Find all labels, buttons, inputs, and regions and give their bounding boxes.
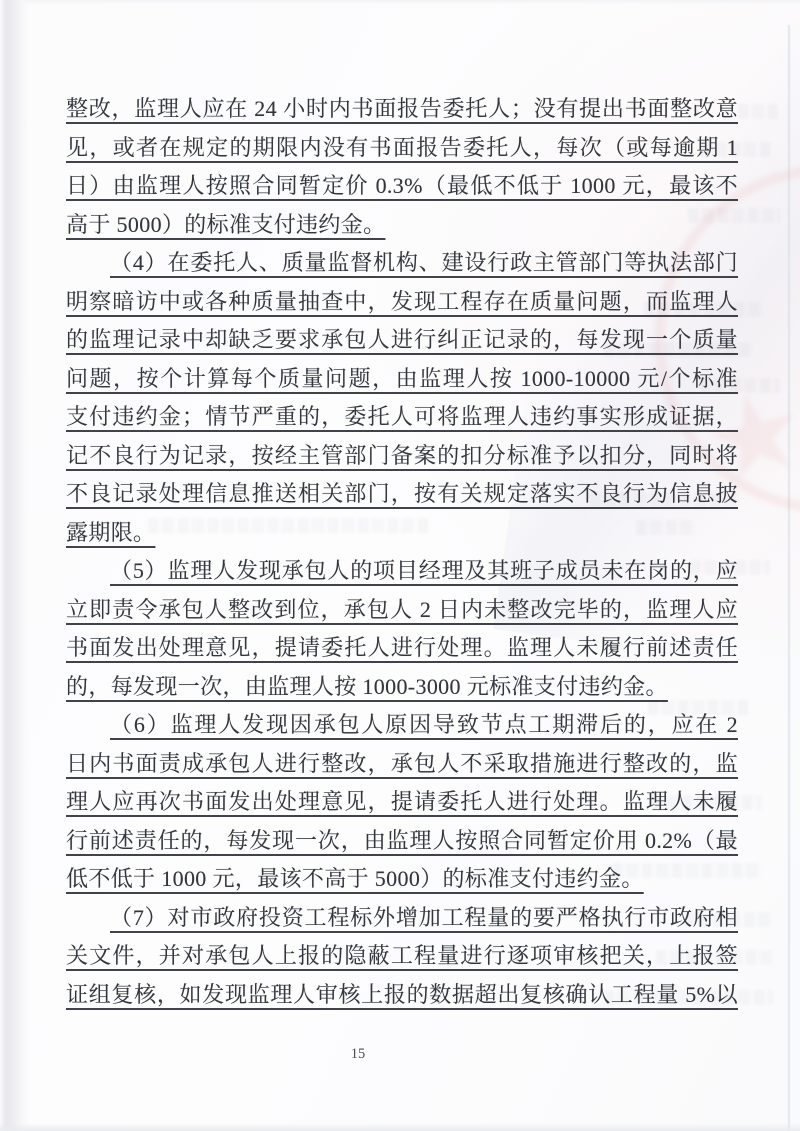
document-line: 记不良行为记录，按经主管部门备案的扣分标准予以扣分，同时将 bbox=[66, 437, 738, 476]
document-line: （5）监理人发现承包人的项目经理及其班子成员未在岗的，应 bbox=[66, 552, 738, 591]
document-line: 整改，监理人应在 24 小时内书面报告委托人；没有提出书面整改意 bbox=[66, 90, 738, 129]
page-number: 15 bbox=[340, 1046, 376, 1063]
document-line: 露期限。 bbox=[66, 514, 738, 553]
scanned-document-page: ★ 整改，监理人应在 24 小时内书面报告委托人；没有提出书面整改意 见，或者在… bbox=[0, 0, 800, 1131]
document-line: （6）监理人发现因承包人原因导致节点工期滞后的，应在 2 bbox=[66, 706, 738, 745]
contract-text-block: 整改，监理人应在 24 小时内书面报告委托人；没有提出书面整改意 见，或者在规定… bbox=[66, 90, 738, 1014]
document-line: 问题，按个计算每个质量问题，由监理人按 1000-10000 元/个标准 bbox=[66, 360, 738, 399]
document-line: 不良记录处理信息推送相关部门，按有关规定落实不良行为信息披 bbox=[66, 475, 738, 514]
scan-bottom-edge-shadow bbox=[0, 1123, 800, 1131]
document-line: 日内书面责成承包人进行整改，承包人不采取措施进行整改的，监 bbox=[66, 745, 738, 784]
document-line: 立即责令承包人整改到位，承包人 2 日内未整改完毕的，监理人应 bbox=[66, 591, 738, 630]
scan-left-edge-shadow bbox=[0, 0, 30, 1131]
document-line: 行前述责任的，每发现一次，由监理人按照合同暂定价用 0.2%（最 bbox=[66, 822, 738, 861]
document-line: 的监理记录中却缺乏要求承包人进行纠正记录的，每发现一个质量 bbox=[66, 321, 738, 360]
document-line: 见，或者在规定的期限内没有书面报告委托人，每次（或每逾期 1 bbox=[66, 129, 738, 168]
text-bleed-artifact bbox=[738, 104, 778, 119]
document-line: 低不低于 1000 元，最该不高于 5000）的标准支付违约金。 bbox=[66, 860, 738, 899]
document-line: 关文件，并对承包人上报的隐蔽工程量进行逐项审核把关，上报签 bbox=[66, 937, 738, 976]
document-line: 的，每发现一次，由监理人按 1000-3000 元标准支付违约金。 bbox=[66, 668, 738, 707]
paragraph-clause-3-continuation: 整改，监理人应在 24 小时内书面报告委托人；没有提出书面整改意 见，或者在规定… bbox=[66, 90, 738, 244]
paragraph-clause-5: （5）监理人发现承包人的项目经理及其班子成员未在岗的，应 立即责令承包人整改到位… bbox=[66, 552, 738, 706]
document-line: （7）对市政府投资工程标外增加工程量的要严格执行市政府相 bbox=[66, 899, 738, 938]
document-line: 日）由监理人按照合同暂定价 0.3%（最低不低于 1000 元，最该不 bbox=[66, 167, 738, 206]
document-line: 书面发出处理意见，提请委托人进行处理。监理人未履行前述责任 bbox=[66, 629, 738, 668]
paragraph-clause-6: （6）监理人发现因承包人原因导致节点工期滞后的，应在 2 日内书面责成承包人进行… bbox=[66, 706, 738, 899]
document-line: 理人应再次书面发出处理意见，提请委托人进行处理。监理人未履 bbox=[66, 783, 738, 822]
document-line: 支付违约金；情节严重的，委托人可将监理人违约事实形成证据， bbox=[66, 398, 738, 437]
paragraph-clause-7: （7）对市政府投资工程标外增加工程量的要严格执行市政府相 关文件，并对承包人上报… bbox=[66, 899, 738, 1015]
document-line: 高于 5000）的标准支付违约金。 bbox=[66, 206, 738, 245]
document-line: 明察暗访中或各种质量抽查中，发现工程存在质量问题，而监理人 bbox=[66, 283, 738, 322]
document-line: （4）在委托人、质量监督机构、建设行政主管部门等执法部门 bbox=[66, 244, 738, 283]
document-line: 证组复核，如发现监理人审核上报的数据超出复核确认工程量 5%以 bbox=[66, 976, 738, 1015]
paragraph-clause-4: （4）在委托人、质量监督机构、建设行政主管部门等执法部门 明察暗访中或各种质量抽… bbox=[66, 244, 738, 552]
